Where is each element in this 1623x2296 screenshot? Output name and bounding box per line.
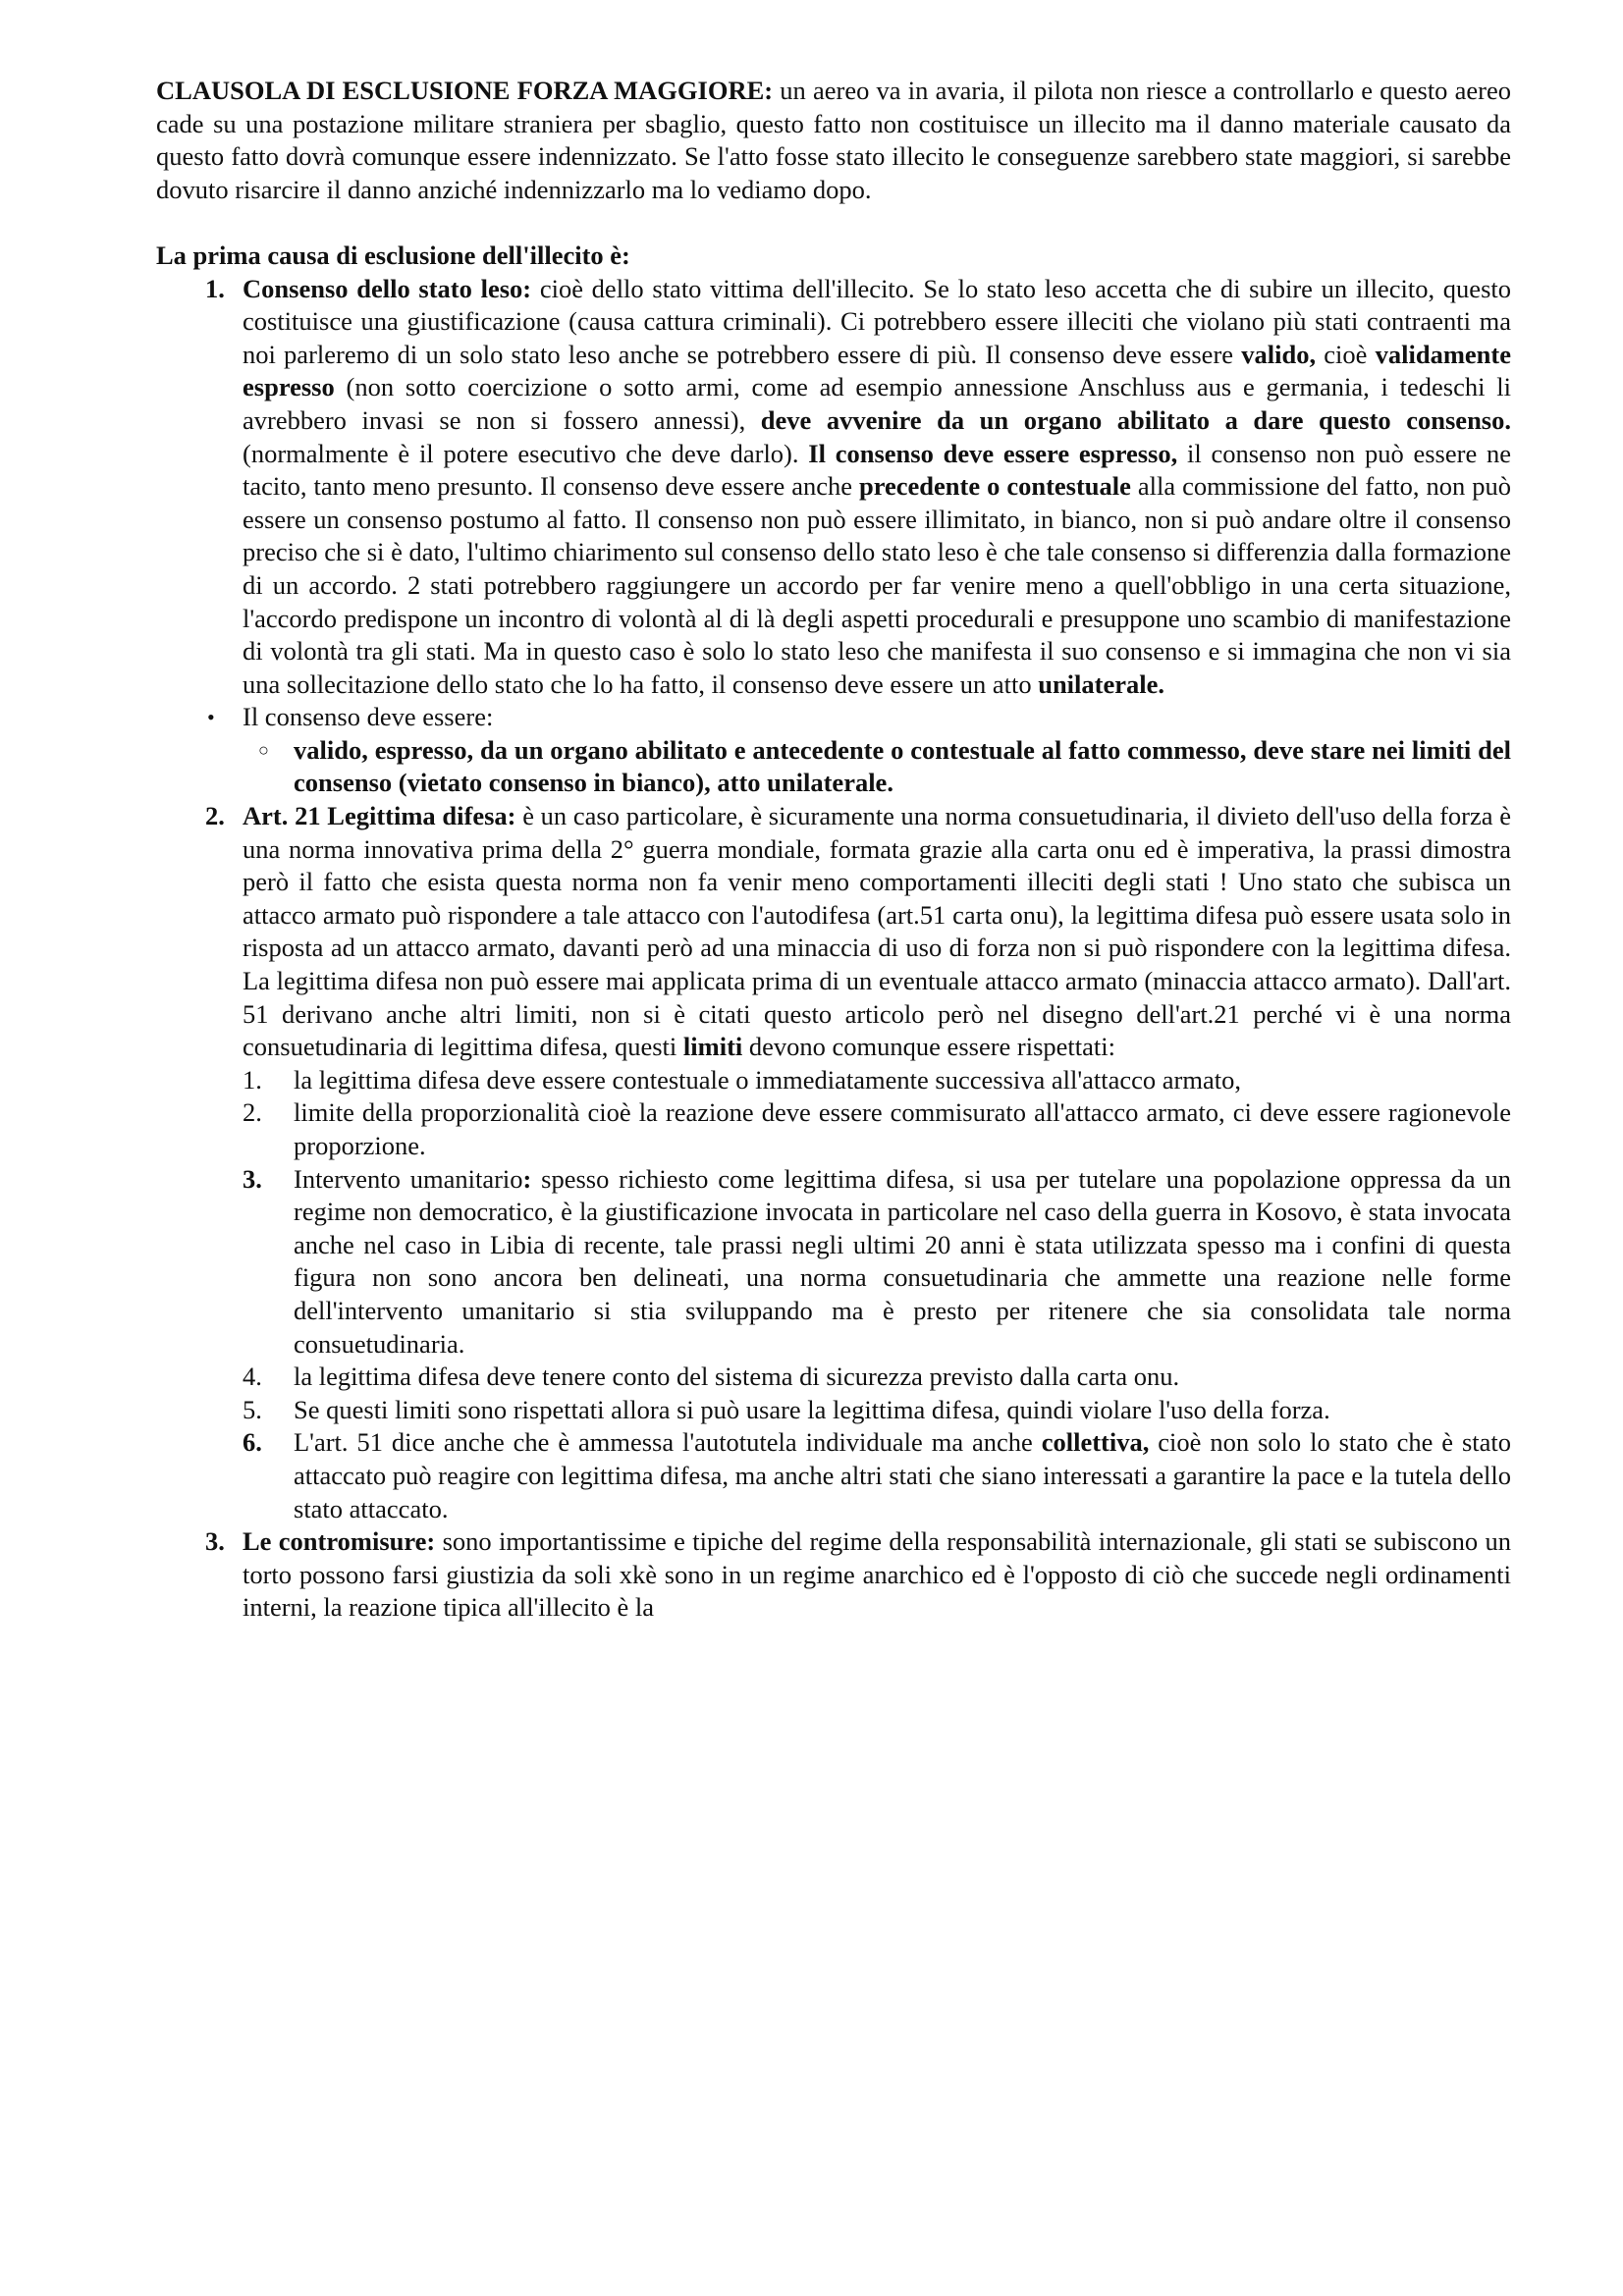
list-marker: 4. [243,1361,262,1394]
bold-text: limiti [683,1032,742,1061]
bold-text: collettiva, [1042,1427,1150,1457]
bold-text: Il consenso deve essere espresso, [808,439,1177,468]
list-marker: 1. [243,1064,262,1097]
item-title: Consenso dello stato leso: [243,274,531,303]
item-title: Art. 21 Legittima difesa: [243,801,515,830]
limit-item: 2. limite della proporzionalità cioè la … [156,1096,1511,1162]
intro-heading: CLAUSOLA DI ESCLUSIONE FORZA MAGGIORE: [156,76,773,105]
limit-item: 1. la legittima difesa deve essere conte… [156,1064,1511,1097]
bullet-icon: • [207,701,215,734]
section-heading-text: La prima causa di esclusione dell'illeci… [156,240,630,270]
limit-text: L'art. 51 dice anche che è ammessa l'aut… [294,1427,1042,1457]
sub-bullet-text: valido, espresso, da un organo abilitato… [294,735,1511,798]
spacer [156,206,1511,240]
list-item-legittima-difesa: 2. Art. 21 Legittima difesa: è un caso p… [156,800,1511,1064]
list-marker: 3. [243,1163,262,1197]
circle-bullet-icon: ○ [258,734,269,768]
item-title: Le contromisure: [243,1526,435,1556]
list-marker: 5. [243,1394,262,1427]
item-text: cioè [1316,340,1376,369]
item-text: alla commissione del fatto, non può esse… [243,471,1511,699]
limit-item: 3. Intervento umanitario: spesso richies… [156,1163,1511,1362]
item-text: (normalmente è il potere esecutivo che d… [243,439,808,468]
item-text: è un caso particolare, è sicuramente una… [243,801,1511,1061]
section-heading: La prima causa di esclusione dell'illeci… [156,240,1511,273]
intro-paragraph: CLAUSOLA DI ESCLUSIONE FORZA MAGGIORE: u… [156,75,1511,206]
list-marker: 2. [205,800,225,833]
bullet-item: • Il consenso deve essere: [156,701,1511,734]
limit-title: Intervento umanitario [294,1164,523,1194]
document-page: CLAUSOLA DI ESCLUSIONE FORZA MAGGIORE: u… [156,75,1511,1625]
bold-text: unilaterale. [1038,669,1164,699]
list-marker: 2. [243,1096,262,1130]
bold-text: valido, [1241,340,1316,369]
limit-text: Se questi limiti sono rispettati allora … [294,1395,1330,1424]
bold-text: deve avvenire da un organo abilitato a d… [761,405,1511,435]
list-item-contromisure: 3. Le contromisure: sono importantissime… [156,1525,1511,1625]
limit-item: 5. Se questi limiti sono rispettati allo… [156,1394,1511,1427]
list-marker: 3. [205,1525,225,1559]
list-item-consenso: 1. Consenso dello stato leso: cioè dello… [156,273,1511,702]
limit-item: 4. la legittima difesa deve tenere conto… [156,1361,1511,1394]
item-text: devono comunque essere rispettati: [742,1032,1115,1061]
list-marker: 1. [205,273,225,306]
list-marker: 6. [243,1426,262,1460]
sub-bullet-item: ○ valido, espresso, da un organo abilita… [156,734,1511,800]
limit-text: limite della proporzionalità cioè la rea… [294,1097,1511,1160]
bold-text: precedente o contestuale [859,471,1131,501]
bullet-text: Il consenso deve essere: [243,702,493,731]
limit-item: 6. L'art. 51 dice anche che è ammessa l'… [156,1426,1511,1525]
limit-text: la legittima difesa deve essere contestu… [294,1065,1241,1095]
limit-text: la legittima difesa deve tenere conto de… [294,1362,1179,1391]
